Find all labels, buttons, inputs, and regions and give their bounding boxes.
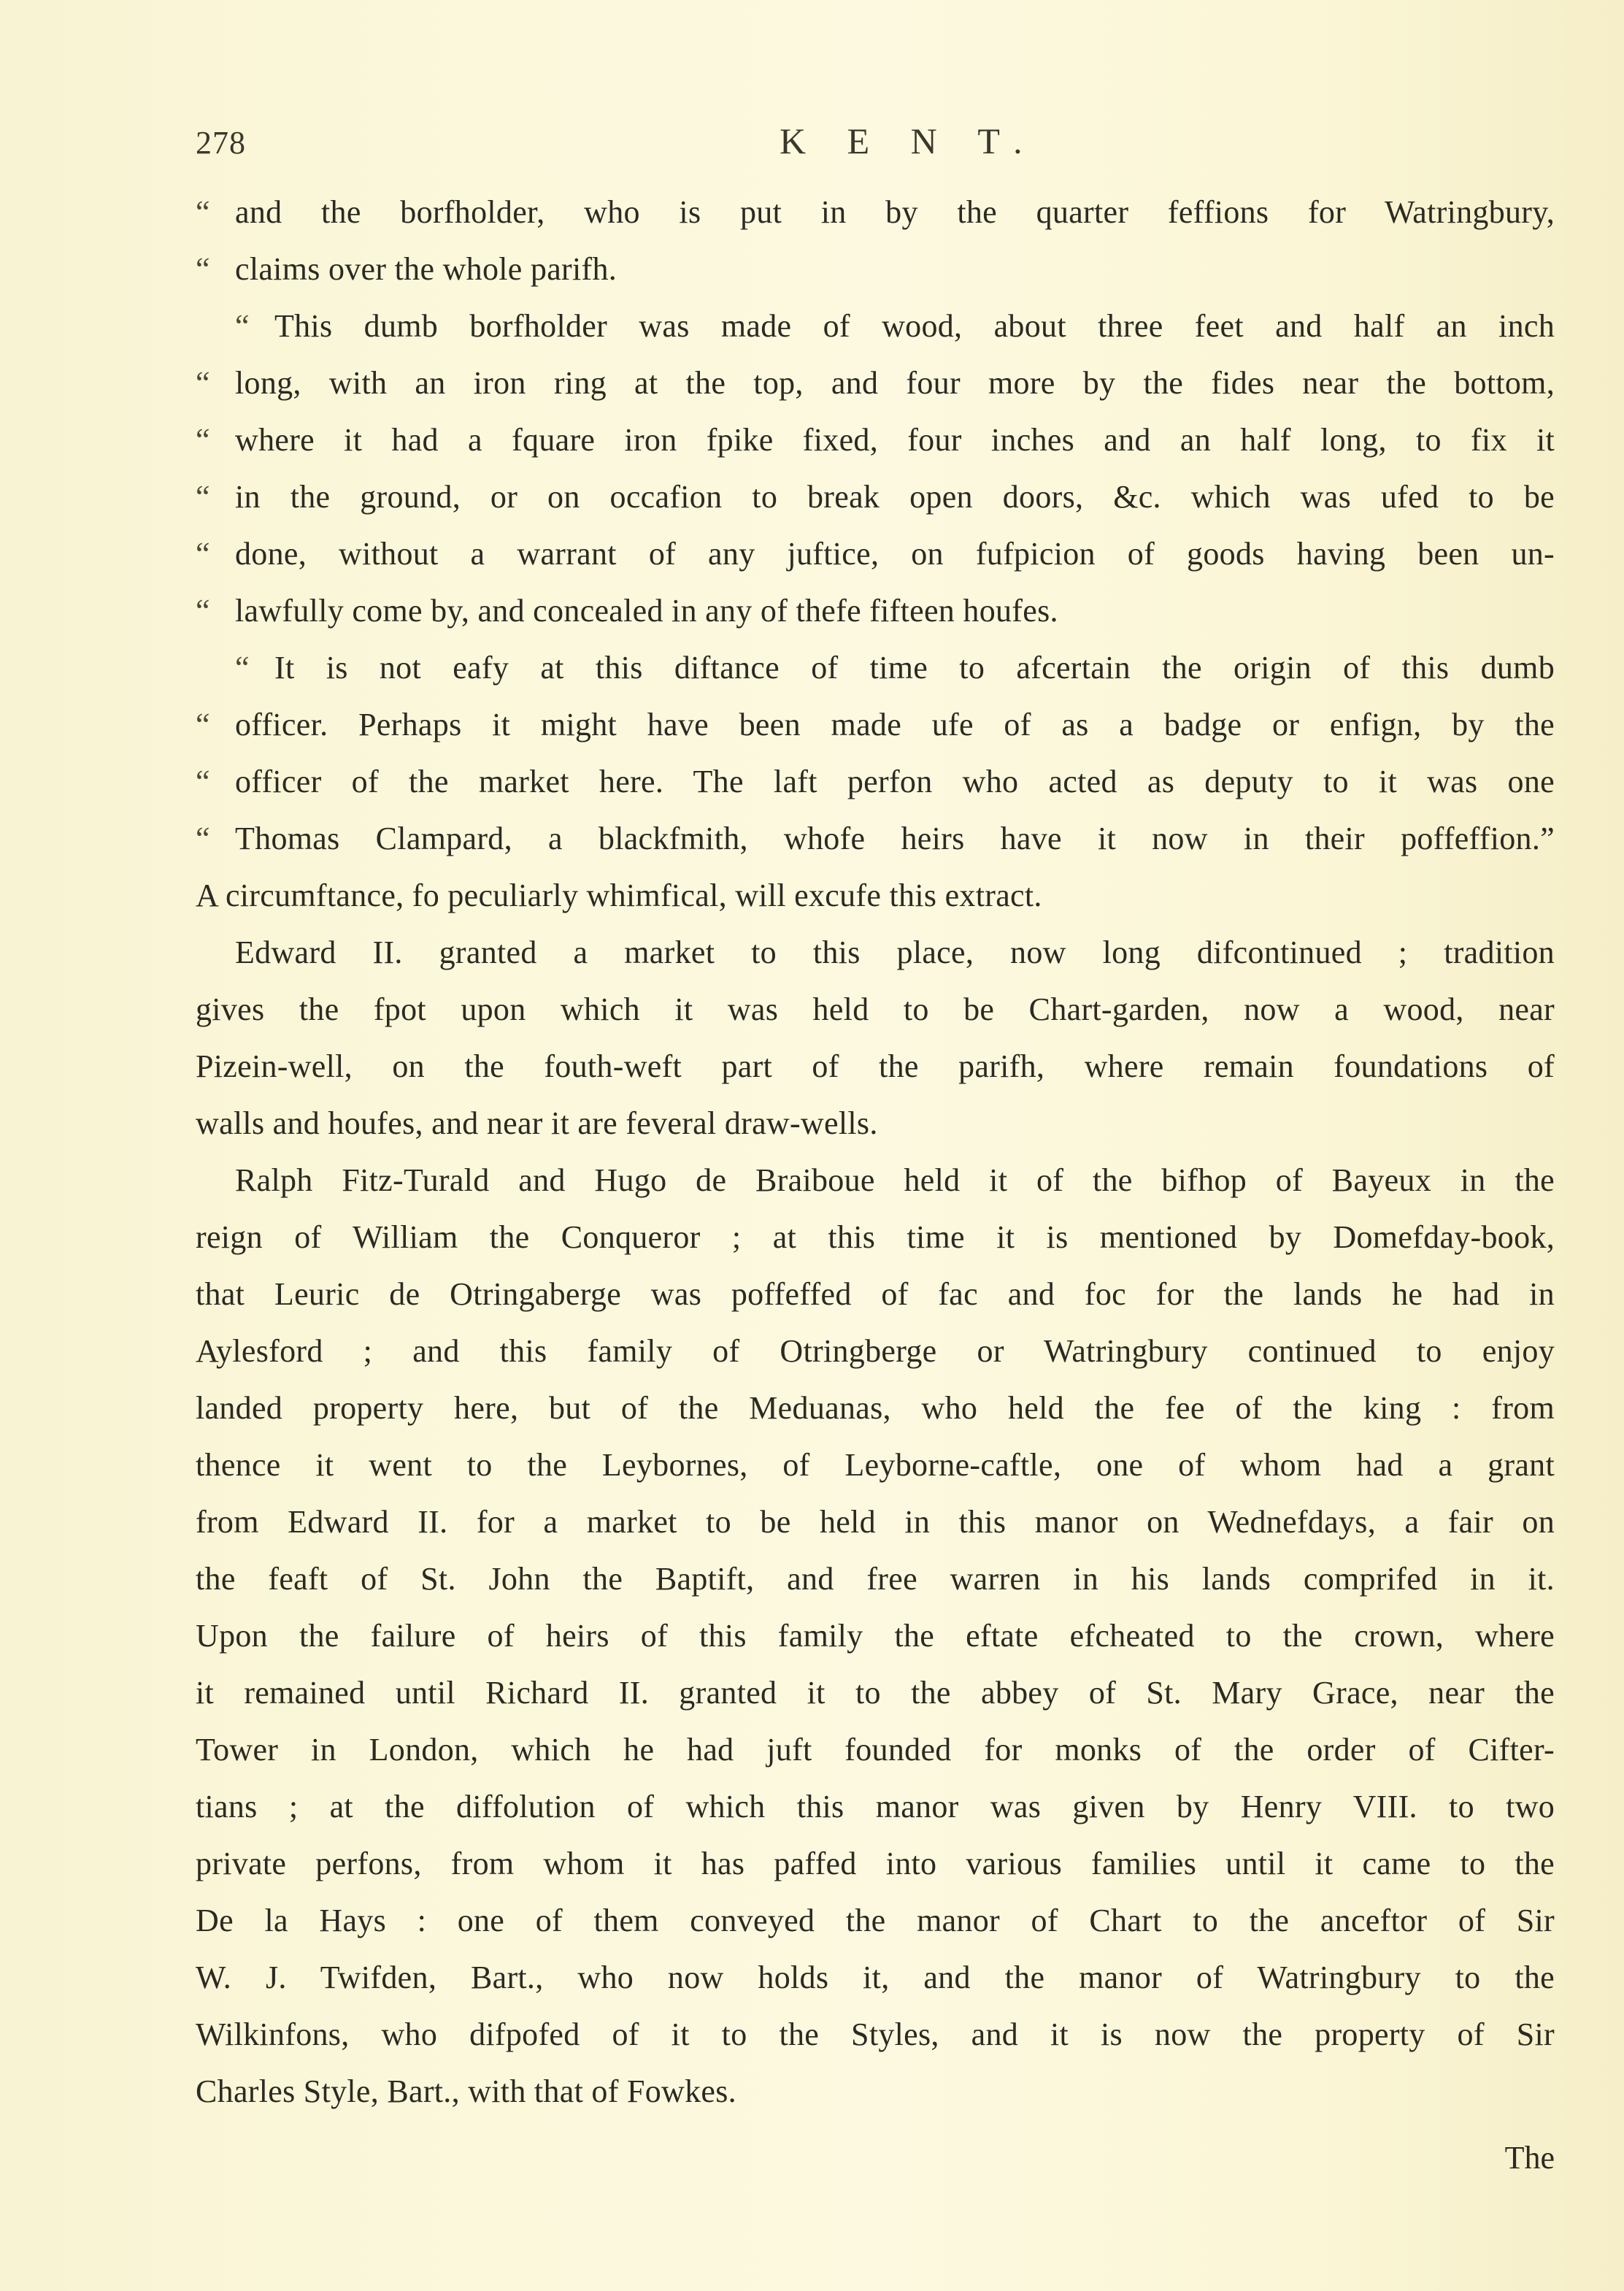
quote-mark: “ (196, 355, 235, 412)
text-line: “claims over the whole parifh. (196, 241, 1555, 298)
text-line: “lawfully come by, and concealed in any … (196, 583, 1555, 640)
running-head-title: K E N T. (780, 120, 1039, 162)
text-line: that Leuric de Otringaberge was poffeffe… (196, 1266, 1555, 1323)
text-line: private perfons, from whom it has paffed… (196, 1835, 1555, 1892)
text-line: “in the ground, or on occafion to break … (196, 469, 1555, 526)
quote-mark: “ (196, 184, 235, 241)
text-line: the feaft of St. John the Baptift, and f… (196, 1551, 1555, 1608)
text-line: gives the fpot upon which it was held to… (196, 981, 1555, 1038)
text-line: Upon the failure of heirs of this family… (196, 1608, 1555, 1665)
text-line: “officer of the market here. The laft pe… (196, 753, 1555, 810)
text-line: reign of William the Conqueror ; at this… (196, 1209, 1555, 1266)
text-line: Edward II. granted a market to this plac… (196, 924, 1555, 981)
text-line: it remained until Richard II. granted it… (196, 1665, 1555, 1722)
text-line: Charles Style, Bart., with that of Fowke… (196, 2063, 1555, 2120)
text-line: walls and houfes, and near it are fevera… (196, 1095, 1555, 1152)
quote-mark: “ (235, 640, 274, 696)
quote-mark: “ (196, 241, 235, 298)
text-line: landed property here, but of the Meduana… (196, 1380, 1555, 1437)
text-line: Tower in London, which he had juft found… (196, 1722, 1555, 1778)
book-page: 278 K E N T. “and the borfholder, who is… (0, 0, 1624, 2291)
text-line: Wilkinfons, who difpofed of it to the St… (196, 2006, 1555, 2063)
text-line: “This dumb borfholder was made of wood, … (196, 298, 1555, 355)
quote-mark: “ (196, 696, 235, 753)
quote-mark: “ (196, 412, 235, 469)
text-line: De la Hays : one of them conveyed the ma… (196, 1892, 1555, 1949)
text-line: A circumftance, fo peculiarly whimfical,… (196, 867, 1555, 924)
text-line: “long, with an iron ring at the top, and… (196, 355, 1555, 412)
quote-mark: “ (196, 469, 235, 526)
text-line: from Edward II. for a market to be held … (196, 1494, 1555, 1551)
text-line: “and the borfholder, who is put in by th… (196, 184, 1555, 241)
quote-mark: “ (235, 298, 274, 355)
text-line: Ralph Fitz-Turald and Hugo de Braiboue h… (196, 1152, 1555, 1209)
text-line: “done, without a warrant of any juftice,… (196, 526, 1555, 583)
text-line: “officer. Perhaps it might have been mad… (196, 696, 1555, 753)
quote-mark: “ (196, 526, 235, 583)
catchword: The (1505, 2139, 1555, 2176)
quote-mark: “ (196, 583, 235, 640)
text-line: tians ; at the diffolution of which this… (196, 1778, 1555, 1835)
text-line: Aylesford ; and this family of Otringber… (196, 1323, 1555, 1380)
text-line: “where it had a fquare iron fpike fixed,… (196, 412, 1555, 469)
running-head: 278 K E N T. (196, 110, 1555, 168)
text-line: Pizein-well, on the fouth-weft part of t… (196, 1038, 1555, 1095)
text-line: “It is not eafy at this diftance of time… (196, 640, 1555, 696)
quote-mark: “ (196, 810, 235, 867)
text-line: “Thomas Clampard, a blackfmith, whofe he… (196, 810, 1555, 867)
text-line: W. J. Twifden, Bart., who now holds it, … (196, 1949, 1555, 2006)
quote-mark: “ (196, 753, 235, 810)
text-line: thence it went to the Leybornes, of Leyb… (196, 1437, 1555, 1494)
page-number: 278 (196, 124, 246, 161)
body-text: “and the borfholder, who is put in by th… (196, 184, 1555, 2120)
